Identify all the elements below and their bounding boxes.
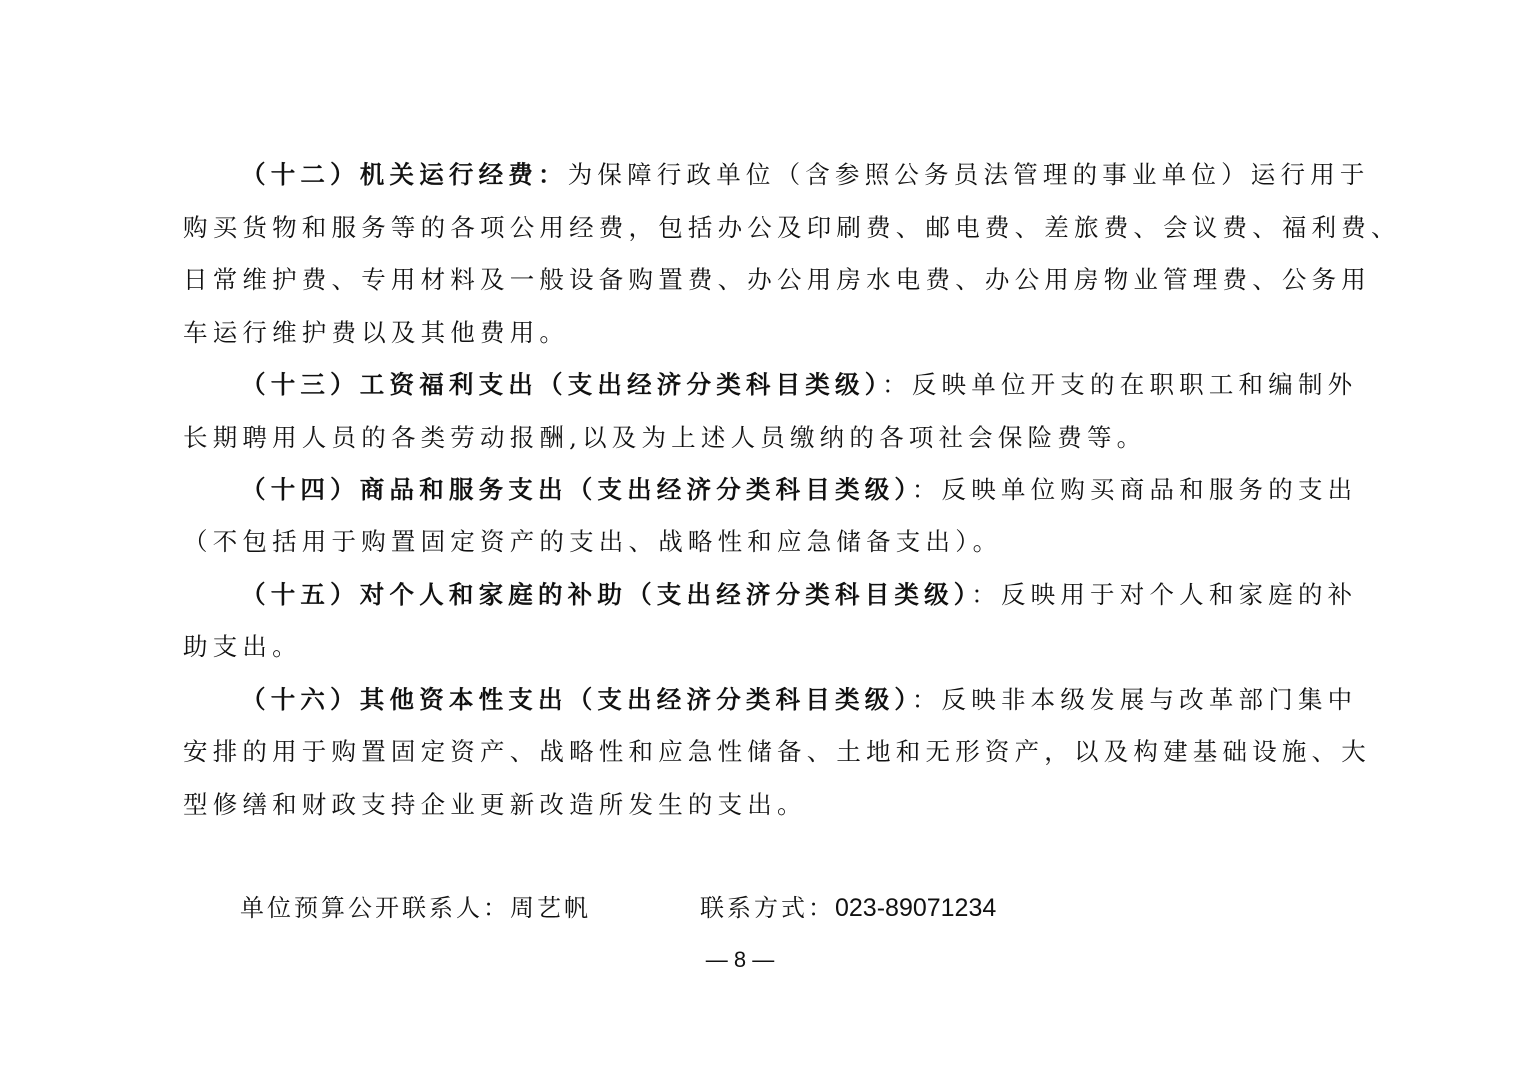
document-page: （十二）机关运行经费：为保障行政单位（含参照公务员法管理的事业单位）运行用于 购…: [0, 0, 1520, 1074]
section-14-line-2: （不包括用于购置固定资产的支出、战略性和应急储备支出）。: [183, 522, 1333, 562]
contact-method-label: 联系方式：: [700, 894, 835, 922]
contact-person-name: 周艺帆: [510, 894, 591, 922]
section-12-heading: （十二）机关运行经费：: [241, 160, 568, 189]
section-12-line-3: 日常维护费、专用材料及一般设备购置费、办公用房水电费、办公用房物业管理费、公务用: [183, 260, 1333, 300]
section-12-line-2: 购买货物和服务等的各项公用经费，包括办公及印刷费、邮电费、差旅费、会议费、福利费…: [183, 208, 1333, 248]
contact-person: 单位预算公开联系人：周艺帆: [240, 888, 591, 928]
section-13-text: ：反映单位开支的在职职工和编制外: [882, 370, 1357, 399]
section-12-line-4: 车运行维护费以及其他费用。: [183, 313, 1333, 353]
page-number: — 8 —: [0, 940, 1480, 980]
contact-method: 联系方式：023-89071234: [700, 888, 996, 928]
section-14-text: ：反映单位购买商品和服务的支出: [912, 475, 1358, 504]
section-14-heading: （十四）商品和服务支出（支出经济分类科目类级）: [241, 475, 912, 504]
contact-person-label: 单位预算公开联系人：: [240, 894, 510, 922]
section-13-line-1: （十三）工资福利支出（支出经济分类科目类级）：反映单位开支的在职职工和编制外: [241, 365, 1333, 405]
section-15-heading: （十五）对个人和家庭的补助（支出经济分类科目类级）: [241, 580, 971, 609]
section-12-line-1: （十二）机关运行经费：为保障行政单位（含参照公务员法管理的事业单位）运行用于: [241, 155, 1333, 195]
section-16-line-2: 安排的用于购置固定资产、战略性和应急性储备、土地和无形资产，以及构建基础设施、大: [183, 732, 1333, 772]
section-16-heading: （十六）其他资本性支出（支出经济分类科目类级）: [241, 685, 912, 714]
section-16-text: ：反映非本级发展与改革部门集中: [912, 685, 1358, 714]
section-16-line-1: （十六）其他资本性支出（支出经济分类科目类级）：反映非本级发展与改革部门集中: [241, 680, 1333, 720]
section-15-line-2: 助支出。: [183, 627, 1333, 667]
section-14-line-1: （十四）商品和服务支出（支出经济分类科目类级）：反映单位购买商品和服务的支出: [241, 470, 1333, 510]
section-13-line-2: 长期聘用人员的各类劳动报酬,以及为上述人员缴纳的各项社会保险费等。: [183, 418, 1333, 458]
section-12-text: 为保障行政单位（含参照公务员法管理的事业单位）运行用于: [568, 160, 1370, 189]
contact-phone: 023-89071234: [835, 894, 996, 922]
section-15-text: ：反映用于对个人和家庭的补: [971, 580, 1357, 609]
section-13-heading: （十三）工资福利支出（支出经济分类科目类级）: [241, 370, 882, 399]
section-15-line-1: （十五）对个人和家庭的补助（支出经济分类科目类级）：反映用于对个人和家庭的补: [241, 575, 1333, 615]
section-16-line-3: 型修缮和财政支持企业更新改造所发生的支出。: [183, 785, 1333, 825]
